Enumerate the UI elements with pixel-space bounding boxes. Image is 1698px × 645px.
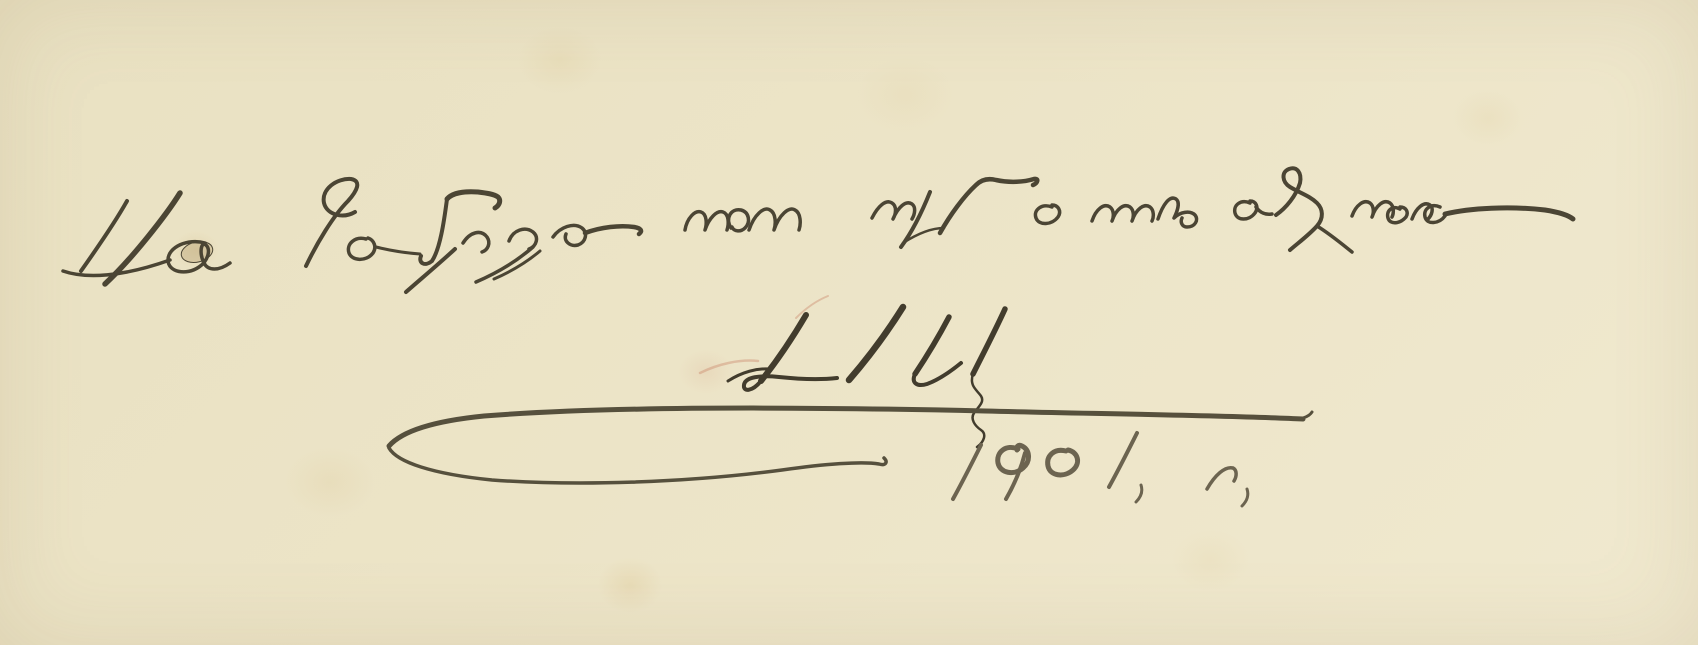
dedication-strokes xyxy=(63,168,1573,292)
underline-flourish xyxy=(389,408,1312,483)
signature-strokes xyxy=(728,307,1005,447)
scanned-page: На добрую память отъ автора НЦ 1901. г. xyxy=(0,0,1698,645)
red-ink-tint xyxy=(700,296,828,373)
handwriting-layer xyxy=(0,0,1698,645)
date-strokes xyxy=(953,433,1248,506)
